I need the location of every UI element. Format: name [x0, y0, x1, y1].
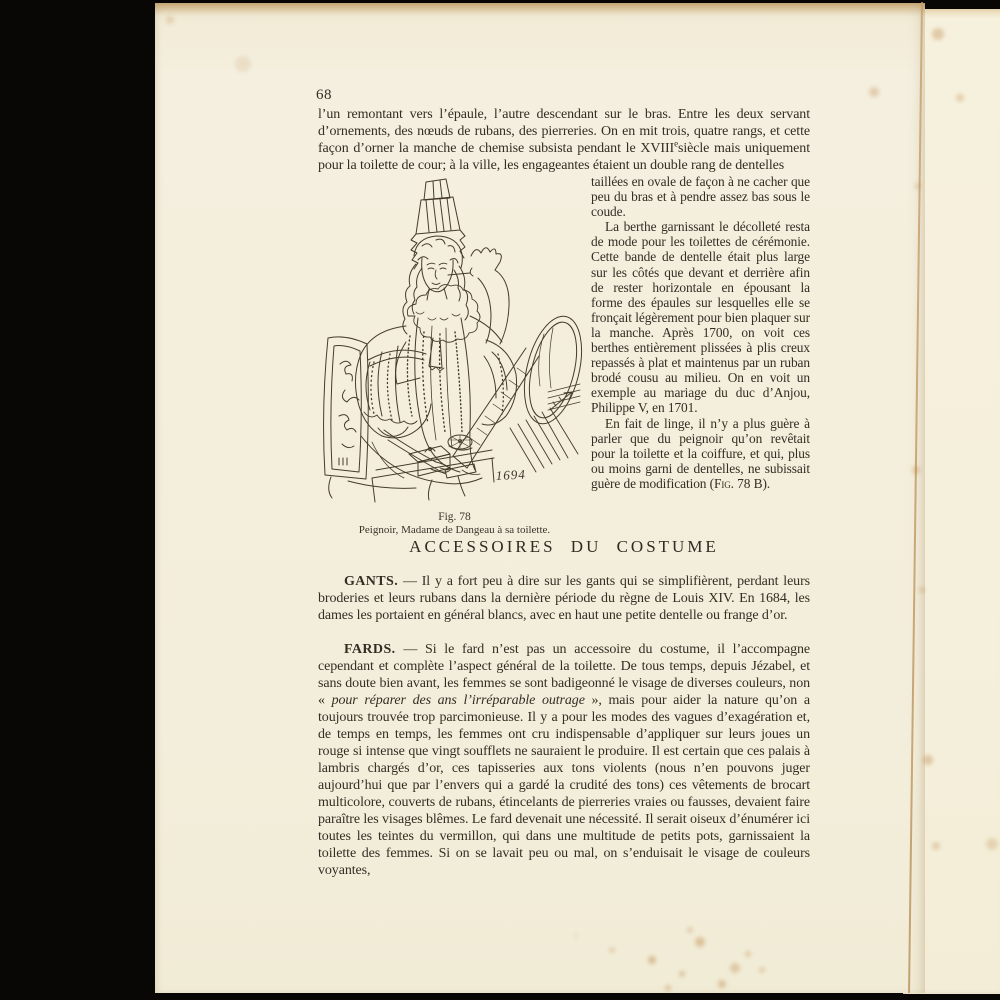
paragraph-fards: FARDS. — Si le fard n’est pas un accesso… [318, 641, 810, 879]
figure-caption: Fig. 78 Peignoir, Madame de Dangeau à sa… [318, 511, 591, 537]
figure-text-wrap: 1694 Fig. 78 Peignoir, Madame de Dangeau… [318, 174, 810, 491]
figure: 1694 Fig. 78 Peignoir, Madame de Dangeau… [318, 176, 591, 537]
book-photo: 68 l’un remontant vers l’épaule, l’autre… [0, 0, 1000, 1000]
section-heading: ACCESSOIRES DU COSTUME [318, 537, 810, 557]
text-column: l’un remontant vers l’épaule, l’autre de… [318, 106, 810, 879]
engraving-date-label: 1694 [495, 466, 526, 483]
paragraph-gants: GANTS. — Il y a fort peu à dire sur les … [318, 573, 810, 624]
page: 68 l’un remontant vers l’épaule, l’autre… [155, 3, 925, 993]
figure-caption-number: Fig. 78 [318, 511, 591, 524]
page-number: 68 [316, 87, 332, 104]
paragraph-sleeves: l’un remontant vers l’épaule, l’autre de… [318, 106, 810, 174]
figure-caption-title: Peignoir, Madame de Dangeau à sa toilett… [318, 524, 591, 537]
toilette-engraving: 1694 [312, 176, 584, 504]
